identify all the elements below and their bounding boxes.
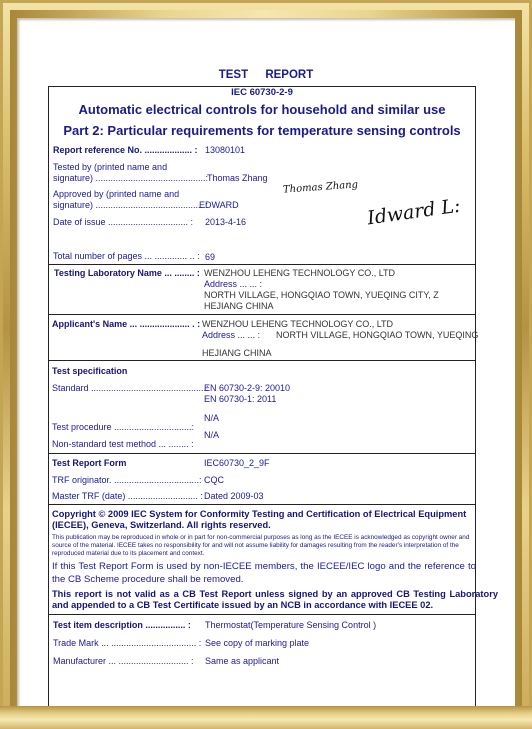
approved-by-value: EDWARD xyxy=(199,200,239,211)
standard-label: Standard ...............................… xyxy=(52,383,209,394)
total-pages-value: 69 xyxy=(205,252,215,263)
trade-mark-label: Trade Mark ... .........................… xyxy=(53,638,201,649)
approved-by-label-2: signature) .............................… xyxy=(53,200,208,211)
master-trf-label: Master TRF (date) ......................… xyxy=(52,491,203,502)
trf-form-value: IEC60730_2_9F xyxy=(204,458,270,469)
test-item-desc-value: Thermostat(Temperature Sensing Control ) xyxy=(205,620,376,631)
applicant-address-line1: NORTH VILLAGE, HONGQIAO TOWN, YUEQING xyxy=(276,330,478,341)
copyright-notice: Copyright © 2009 IEC System for Conformi… xyxy=(52,509,472,531)
frame-bottom-rail xyxy=(0,706,532,729)
tested-by-label: Tested by (printed name and xyxy=(53,162,167,173)
standard-value-2: EN 60730-1: 2011 xyxy=(204,394,276,405)
report-ref-value: 13080101 xyxy=(205,145,245,156)
date-of-issue-value: 2013-4-16 xyxy=(205,217,246,228)
heading-automatic-controls: Automatic electrical controls for househ… xyxy=(49,104,475,115)
applicant-address-label: Address ... ... : xyxy=(202,330,260,341)
standard-number: IEC 60730-2-9 xyxy=(49,87,475,98)
trade-mark-value: See copy of marking plate xyxy=(205,638,309,649)
non-members-notice: If this Test Report Form is used by non-… xyxy=(52,560,476,586)
total-pages-label: Total number of pages ... ............. … xyxy=(53,251,200,262)
testing-lab-name: WENZHOU LEHENG TECHNOLOGY CO., LTD xyxy=(204,268,395,279)
applicant-name: WENZHOU LEHENG TECHNOLOGY CO., LTD xyxy=(202,319,393,330)
applicant-label: Applicant's Name ... ...................… xyxy=(52,319,200,330)
master-trf-value: Dated 2009-03 xyxy=(204,491,264,502)
test-procedure-value: N/A xyxy=(204,413,219,424)
testing-lab-address-line1: NORTH VILLAGE, HONGQIAO TOWN, YUEQING CI… xyxy=(204,290,439,301)
legal-section: Copyright © 2009 IEC System for Conformi… xyxy=(48,504,476,614)
trf-originator-value: CQC xyxy=(204,475,224,486)
test-spec-heading: Test specification xyxy=(52,366,127,377)
applicant-address-line2: HEJIANG CHINA xyxy=(202,348,272,359)
approved-by-label: Approved by (printed name and xyxy=(53,189,179,200)
validity-notice: This report is not valid as a CB Test Re… xyxy=(52,589,498,611)
tester-signature: Thomas Zhang xyxy=(283,179,359,195)
publication-notice: This publication may be reproduced in wh… xyxy=(52,534,476,558)
trf-heading: Test Report Form xyxy=(52,458,126,469)
tested-by-value: Thomas Zhang xyxy=(207,173,268,184)
report-ref-label: Report reference No. ...................… xyxy=(53,145,198,156)
non-standard-value: N/A xyxy=(204,430,219,441)
trf-originator-label: TRF originator. ........................… xyxy=(52,475,202,486)
test-item-desc-label: Test item description ................ : xyxy=(53,620,191,631)
non-standard-label: Non-standard test method ... ........ : xyxy=(52,439,194,450)
testing-lab-section: Testing Laboratory Name ... ........ : W… xyxy=(48,264,476,314)
page-title: TEST REPORT xyxy=(0,69,532,81)
approver-signature: Idward L: xyxy=(366,195,462,230)
tested-by-label-2: signature) .............................… xyxy=(53,173,208,184)
heading-part-2: Part 2: Particular requirements for temp… xyxy=(49,125,475,136)
manufacturer-value: Same as applicant xyxy=(205,656,279,667)
applicant-section: Applicant's Name ... ...................… xyxy=(48,314,476,360)
standard-value-1: EN 60730-2-9: 20010 xyxy=(204,383,290,394)
testing-lab-label: Testing Laboratory Name ... ........ : xyxy=(54,268,200,279)
testing-lab-address-label: Address ... ... : xyxy=(204,279,262,290)
testing-lab-address-line2: HEJIANG CHINA xyxy=(204,301,274,312)
manufacturer-label: Manufacturer ... .......................… xyxy=(53,656,194,667)
trf-section: Test Report Form IEC60730_2_9F TRF origi… xyxy=(48,453,476,504)
test-procedure-label: Test procedure .........................… xyxy=(52,422,194,433)
date-of-issue-label: Date of issue ..........................… xyxy=(53,217,193,228)
test-specification-section: Test specification Standard ............… xyxy=(48,360,476,453)
